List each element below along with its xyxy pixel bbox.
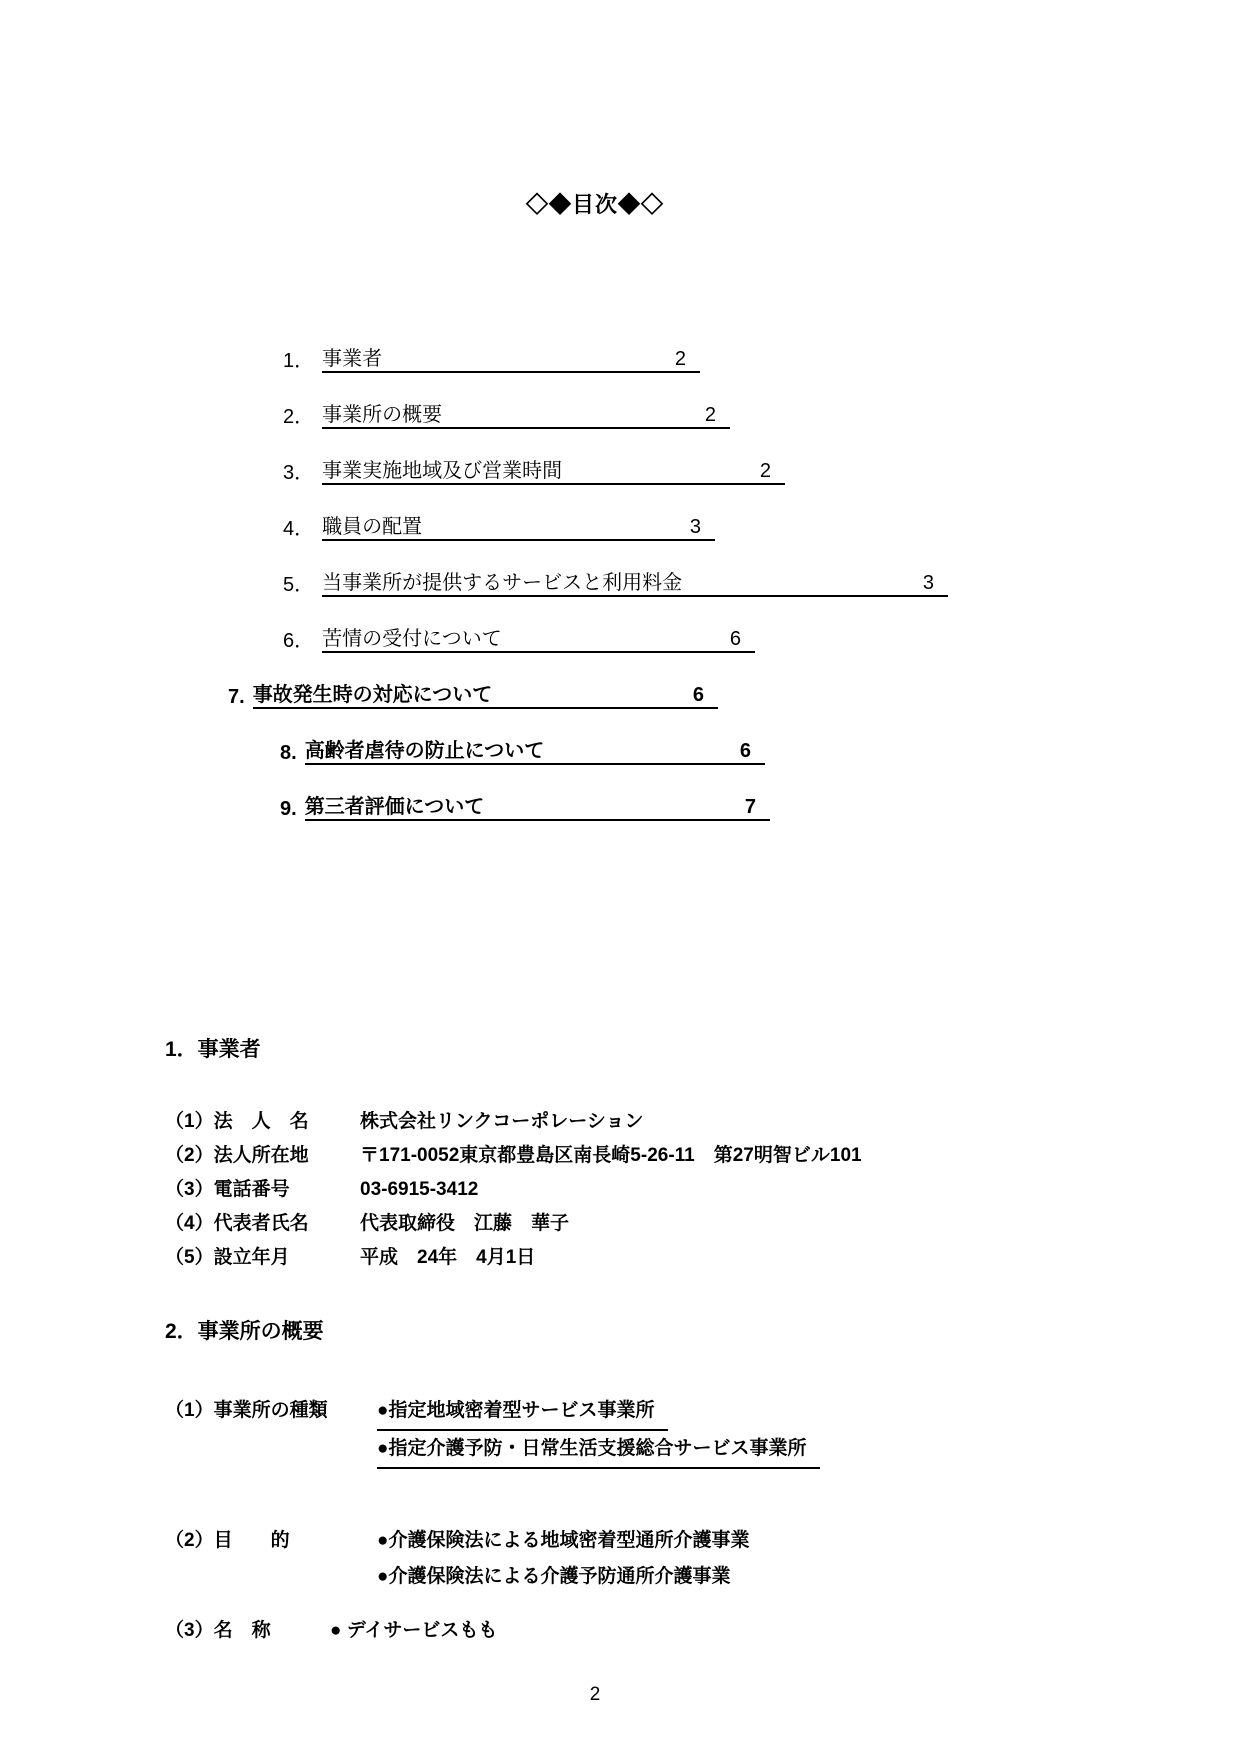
section-1-fields: （1）法 人 名 株式会社リンクコーポレーション （2）法人所在地 〒171-0… [165, 1105, 1241, 1275]
toc-page-number: 6 [730, 628, 741, 651]
toc-page-number: 2 [760, 460, 771, 483]
toc-page-number: 2 [705, 404, 716, 427]
field-label: （5）設立年月 [165, 1241, 360, 1275]
page-number-footer: 2 [0, 1684, 1190, 1706]
field-value: 株式会社リンクコーポレーション [360, 1105, 643, 1139]
field-label: （4）代表者氏名 [165, 1207, 360, 1241]
bullet-line: ●指定地域密着型サービス事業所 [377, 1393, 668, 1431]
field-label: （1）事業所の種類 [165, 1393, 377, 1429]
field-row: （5）設立年月 平成 24年 4月1日 [165, 1241, 1241, 1275]
section-2-fields: （1）事業所の種類 ●指定地域密着型サービス事業所 ●指定介護予防・日常生活支援… [165, 1393, 1241, 1649]
toc-item: 7. 事故発生時の対応について6 [228, 681, 718, 709]
toc-item-label: 事故発生時の対応について [253, 678, 493, 707]
toc-item: 1． 事業者2 [283, 345, 700, 373]
bullet-line: ●介護保険法による地域密着型通所介護事業 [377, 1523, 749, 1559]
toc-item-label: 事業所の概要 [322, 398, 442, 427]
toc-item-number: 1． [283, 344, 314, 373]
toc-item-number: 6． [283, 624, 314, 653]
bullet-line: ● デイサービスもも [330, 1613, 497, 1649]
field-row: （2）法人所在地 〒171-0052東京都豊島区南長崎5-26-11 第27明智… [165, 1139, 1241, 1173]
field-row: （4）代表者氏名 代表取締役 江藤 華子 [165, 1207, 1241, 1241]
toc-item-number: 5． [283, 568, 314, 597]
toc-page-number: 6 [740, 740, 751, 763]
toc-page-number: 6 [693, 684, 704, 707]
toc-item-number: 7. [228, 686, 245, 709]
table-of-contents: 1． 事業者2 2． 事業所の概要2 3． 事業実施地域及び営業時間2 4． 職… [228, 345, 1241, 821]
field-label: （3）電話番号 [165, 1173, 360, 1207]
toc-item: 9. 第三者評価について7 [280, 793, 770, 821]
field-label: （3）名 称 [165, 1613, 330, 1649]
toc-item: 8. 高齢者虐待の防止について6 [280, 737, 765, 765]
toc-item-number: 9. [280, 798, 297, 821]
toc-page-number: 3 [690, 516, 701, 539]
toc-item-label: 職員の配置 [322, 510, 422, 539]
field-row: （1）事業所の種類 ●指定地域密着型サービス事業所 ●指定介護予防・日常生活支援… [165, 1393, 1241, 1469]
field-value: 〒171-0052東京都豊島区南長崎5-26-11 第27明智ビル101 [360, 1139, 862, 1173]
toc-item-label: 事業実施地域及び営業時間 [322, 454, 562, 483]
field-label: （2）目 的 [165, 1523, 377, 1559]
field-row: （3）名 称 ● デイサービスもも [165, 1613, 1241, 1649]
toc-item-number: 2． [283, 400, 314, 429]
toc-item: 3． 事業実施地域及び営業時間2 [283, 457, 785, 485]
toc-page-number: 2 [675, 348, 686, 371]
bullet-line: ●介護保険法による介護予防通所介護事業 [377, 1559, 749, 1595]
toc-item-number: 3． [283, 456, 314, 485]
toc-page-number: 7 [745, 796, 756, 819]
field-label: （2）法人所在地 [165, 1139, 360, 1173]
toc-page-number: 3 [923, 572, 934, 595]
toc-item-label: 高齢者虐待の防止について [305, 734, 545, 763]
field-row: （1）法 人 名 株式会社リンクコーポレーション [165, 1105, 1241, 1139]
document-page: ◇◆目次◆◇ 1． 事業者2 2． 事業所の概要2 3． 事業実施地域及び営業時… [0, 0, 1241, 1754]
bullet-line: ●指定介護予防・日常生活支援総合サービス事業所 [377, 1431, 820, 1469]
field-row: （2）目 的 ●介護保険法による地域密着型通所介護事業 ●介護保険法による介護予… [165, 1523, 1241, 1595]
field-row: （3）電話番号 03-6915-3412 [165, 1173, 1241, 1207]
toc-item-number: 8. [280, 742, 297, 765]
toc-item-label: 第三者評価について [305, 790, 485, 819]
toc-title: ◇◆目次◆◇ [0, 0, 1190, 219]
toc-item: 6． 苦情の受付について6 [283, 625, 755, 653]
toc-item-number: 4． [283, 512, 314, 541]
toc-item-label: 事業者 [322, 342, 382, 371]
toc-item-label: 当事業所が提供するサービスと利用料金 [322, 566, 682, 595]
section-1-heading: 1．事業者 [165, 1033, 1241, 1063]
toc-item: 4． 職員の配置3 [283, 513, 715, 541]
field-value: 代表取締役 江藤 華子 [360, 1207, 569, 1241]
field-label: （1）法 人 名 [165, 1105, 360, 1139]
field-value: 03-6915-3412 [360, 1173, 478, 1207]
toc-item: 5． 当事業所が提供するサービスと利用料金3 [283, 569, 948, 597]
field-value: 平成 24年 4月1日 [360, 1241, 535, 1275]
toc-item-label: 苦情の受付について [322, 622, 502, 651]
toc-item: 2． 事業所の概要2 [283, 401, 730, 429]
section-2-heading: 2．事業所の概要 [165, 1315, 1241, 1345]
